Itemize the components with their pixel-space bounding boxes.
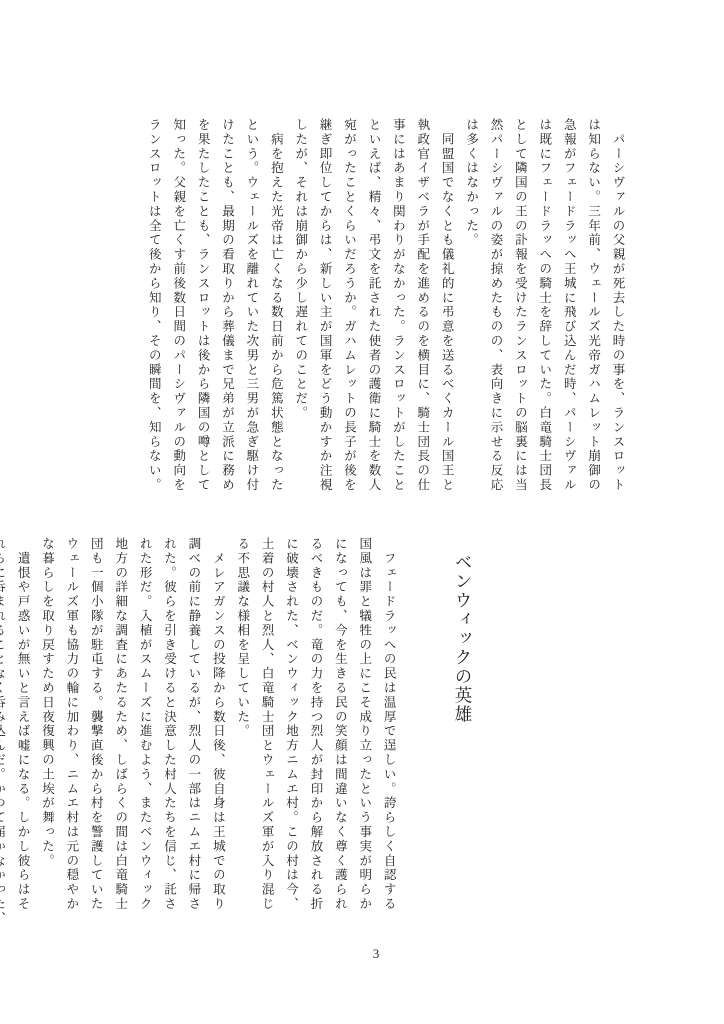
- previous-section-text: パーシヴァルの父親が死去した時の事を、ランスロットは知らない。三年前、ウェールズ…: [142, 118, 630, 496]
- text-line: は知らない。三年前、ウェールズ光帝ガハムレット崩御の: [581, 118, 605, 496]
- text-line: 宛がったことくらいだろうか。ガハムレットの長子が後を: [337, 118, 361, 496]
- text-line: フェードラッへの民は温厚で逞しい。誇らしく自認する: [377, 537, 401, 915]
- blank-column: [557, 537, 581, 915]
- page-number: 3: [361, 946, 391, 962]
- text-line: として隣国の王の訃報を受けたランスロットの脳裏には当: [508, 118, 532, 496]
- text-line: 調べの前に静養しているが、烈人の一部はニムエ村に帰さ: [182, 537, 206, 915]
- text-line: といえば、精々、弔文を託された使者の護衛に騎士を数人: [362, 118, 386, 496]
- text-line: を果たしたことも、ランスロットは後から隣国の噂として: [191, 118, 215, 496]
- text-line: になっても、今を生きる民の笑顔は間違いなく尊く護られ: [328, 537, 352, 915]
- text-line: したが、それは崩御から少し遅れてのことだ。: [288, 118, 312, 496]
- text-line: 継ぎ即位してからは、新しい主が国軍をどう動かすか注視: [313, 118, 337, 496]
- new-chapter-section: ベンウィックの英雄 フェードラッへの民は温厚で逞しい。誇らしく自認する国風は罪と…: [0, 537, 630, 915]
- text-line: は既にフェードラッへの騎士を辞していた。白竜騎士団長: [532, 118, 556, 496]
- text-line: るべきものだ。竜の力を持つ烈人が封印から解放される折: [304, 537, 328, 915]
- text-line: 病を抱えた光帝は亡くなる数日前から危篤状態となった: [264, 118, 288, 496]
- text-line: 事にはあまり関わりがなかった。ランスロットがしたこと: [386, 118, 410, 496]
- text-line: れた。彼らを引き受けると決意した村人たちを信じ、託さ: [157, 537, 181, 915]
- text-line: 知った。父親を亡くす前後数日間のパーシヴァルの動向を: [166, 118, 190, 496]
- text-line: 然パーシヴァルの姿が掠めたものの、表向きに示せる反応: [484, 118, 508, 496]
- chapter-title: ベンウィックの英雄: [450, 537, 476, 915]
- text-line: れた形だ。入植がスムーズに進むよう、またベンウィック: [133, 537, 157, 915]
- text-line: ランスロットは全て後から知り、その瞬間を、知らない。: [142, 118, 166, 496]
- chapter-body-text: フェードラッへの民は温厚で逞しい。誇らしく自認する国風は罪と犠牲の上にこそ成り立…: [0, 537, 401, 915]
- text-line: 地方の詳細な調査にあたるため、しばらくの間は白竜騎士: [108, 537, 132, 915]
- text-line: 国風は罪と犠牲の上にこそ成り立ったという事実が明らか: [352, 537, 376, 915]
- text-line: は多くはなかった。: [459, 118, 483, 496]
- text-line: ウェールズ軍も協力の輪に加わり、ニムエ村は元の穏やか: [59, 537, 83, 915]
- text-line: 遺恨や戸惑いが無いと言えば嘘になる。しかし彼らはそ: [11, 537, 35, 915]
- text-line: という。ウェールズを離れていた次男と三男が急ぎ駆け付: [240, 118, 264, 496]
- text-line: 土着の村人と烈人、白竜騎士団とウェールズ軍が入り混じ: [255, 537, 279, 915]
- text-line: 団も一個小隊が駐屯する。襲撃直後から村を警護していた: [84, 537, 108, 915]
- text-line: れらに呑まれることなく呑み込んだ。かつて届かなかった、: [0, 537, 11, 915]
- text-line: る不思議な様相を呈していた。: [230, 537, 254, 915]
- text-line: 急報がフェードラッへ王城に飛び込んだ時、パーシヴァル: [557, 118, 581, 496]
- text-line: メレアガンスの投降から数日後、彼自身は王城での取り: [206, 537, 230, 915]
- book-page: パーシヴァルの父親が死去した時の事を、ランスロットは知らない。三年前、ウェールズ…: [0, 0, 724, 1024]
- text-line: 執政官イザベラが手配を進めるのを横目に、騎士団長の仕: [410, 118, 434, 496]
- text-line: な暮らしを取り戻すため日夜復興の土埃が舞った。: [35, 537, 59, 915]
- text-line: に破壊された、ベンウィック地方ニムエ村。この村は今、: [279, 537, 303, 915]
- text-line: けたことも、最期の看取りから葬儀まで兄弟が立派に務め: [215, 118, 239, 496]
- text-line: パーシヴァルの父親が死去した時の事を、ランスロット: [606, 118, 630, 496]
- text-line: 同盟国でなくとも儀礼的に弔意を送るべくカール国王と: [435, 118, 459, 496]
